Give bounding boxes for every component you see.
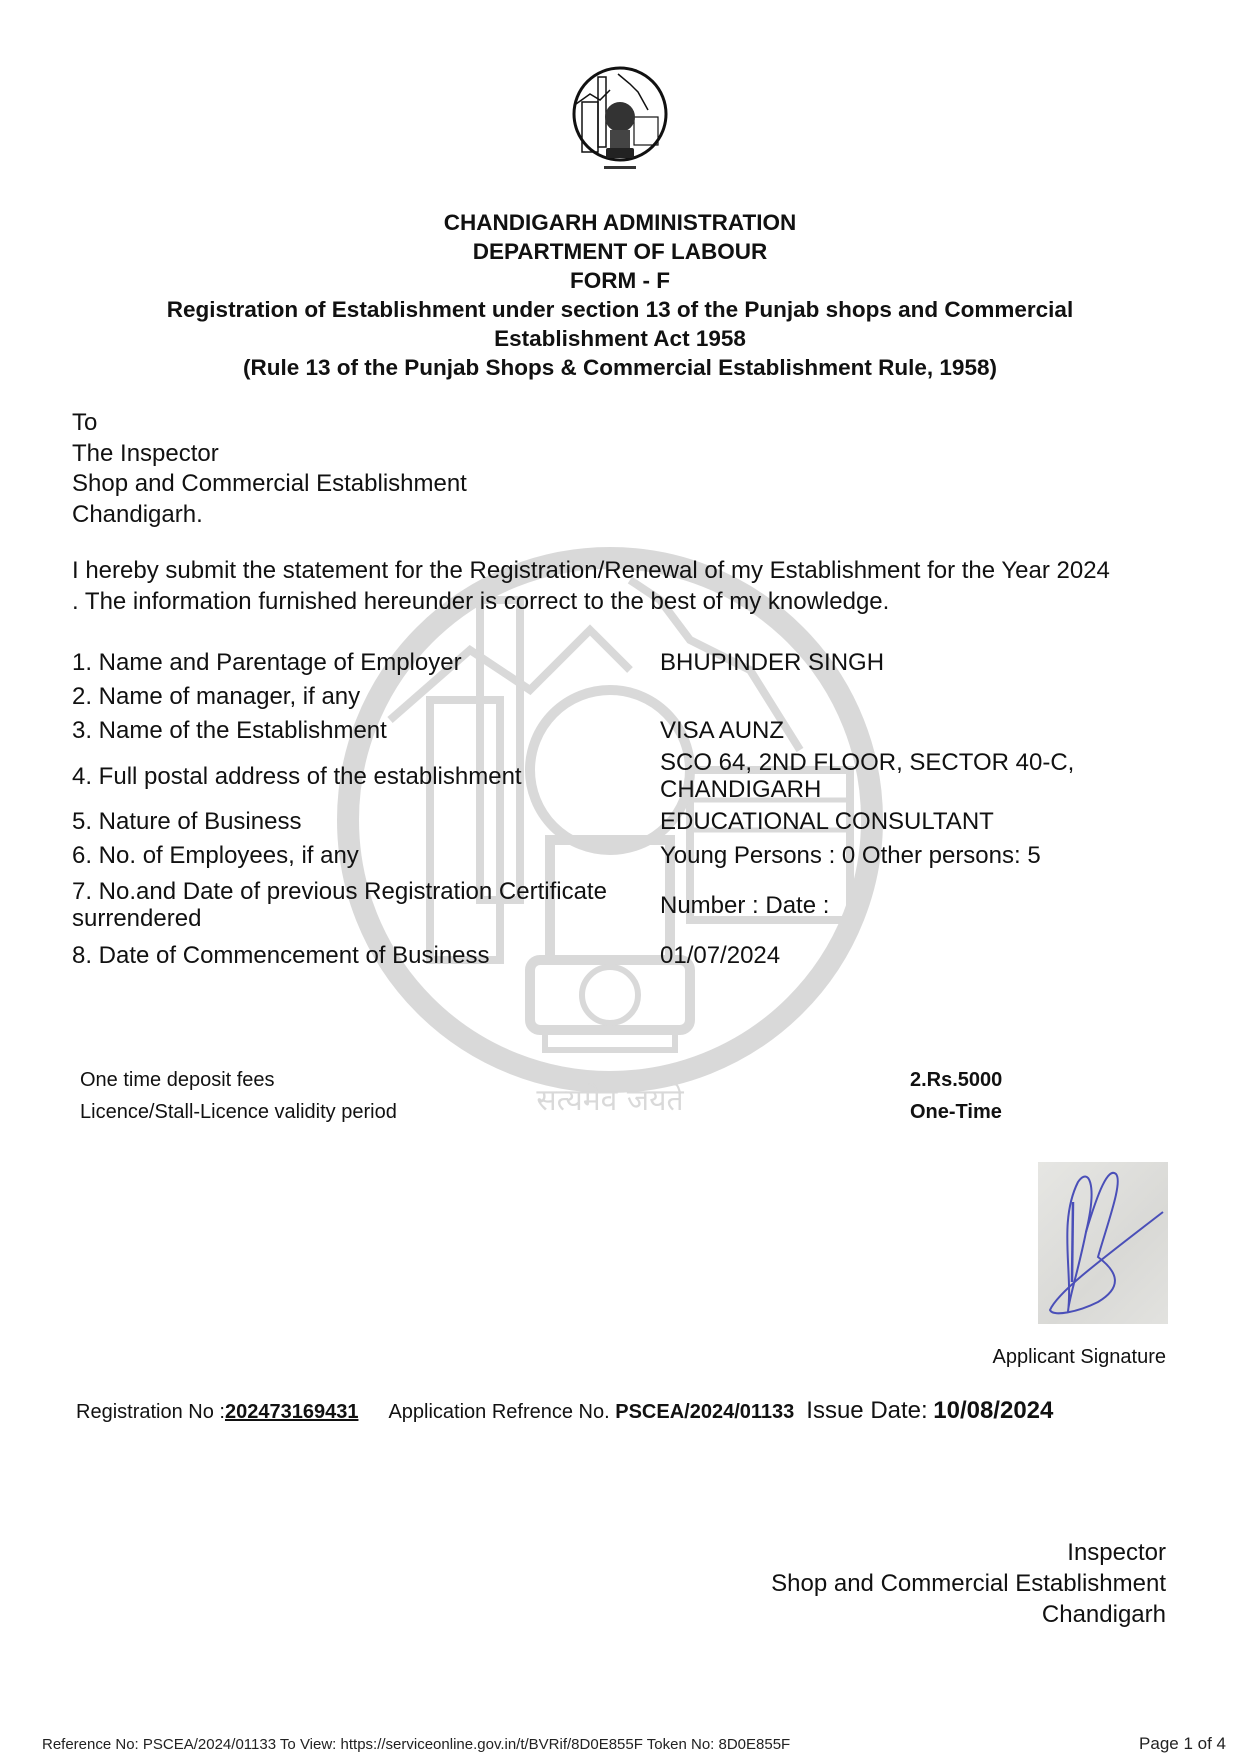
authority-city: Chandigarh	[771, 1599, 1166, 1630]
issuing-authority: Inspector Shop and Commercial Establishm…	[771, 1537, 1166, 1630]
applicant-signature-caption: Applicant Signature	[993, 1346, 1166, 1369]
field-row: 2. Name of manager, if any	[72, 679, 1132, 713]
fee-value-validity: One-Time	[910, 1096, 1020, 1128]
footer-reference: Reference No: PSCEA/2024/01133 To View: …	[42, 1736, 790, 1753]
field-row: 7. No.and Date of previous Registration …	[72, 872, 1132, 938]
field-label-commencement-date: 8. Date of Commencement of Business	[72, 942, 660, 969]
signature-icon	[1038, 1162, 1168, 1324]
registration-number-label: Registration No :	[76, 1401, 225, 1424]
page-indicator: Page 1 of 4	[1139, 1734, 1226, 1754]
recipient-title: The Inspector	[72, 439, 467, 470]
authority-title: Inspector	[771, 1537, 1166, 1568]
field-row: 3. Name of the Establishment VISA AUNZ	[72, 713, 1132, 748]
field-label-establishment-name: 3. Name of the Establishment	[72, 717, 660, 744]
recipient-city: Chandigarh.	[72, 500, 467, 531]
field-label-previous-certificate: 7. No.and Date of previous Registration …	[72, 878, 660, 932]
field-value-commencement-date: 01/07/2024	[660, 942, 1132, 969]
field-label-employer: 1. Name and Parentage of Employer	[72, 649, 660, 676]
field-label-nature-of-business: 5. Nature of Business	[72, 808, 660, 835]
field-row: 1. Name and Parentage of Employer BHUPIN…	[72, 645, 1132, 679]
field-value-previous-certificate: Number : Date :	[660, 892, 1132, 919]
registration-details: Registration No : 202473169431 Applicati…	[76, 1397, 1053, 1425]
application-reference-number: PSCEA/2024/01133	[615, 1401, 794, 1424]
field-label-employees: 6. No. of Employees, if any	[72, 842, 660, 869]
fee-label-validity: Licence/Stall-Licence validity period	[80, 1096, 397, 1128]
field-value-employer: BHUPINDER SINGH	[660, 649, 1132, 676]
application-reference-label: Application Refrence No.	[388, 1401, 609, 1424]
header-form-title: FORM - F	[0, 266, 1240, 295]
recipient-to: To	[72, 408, 467, 439]
issue-date: 10/08/2024	[933, 1397, 1053, 1425]
declaration-statement: I hereby submit the statement for the Re…	[72, 556, 1112, 617]
field-row: 5. Nature of Business EDUCATIONAL CONSUL…	[72, 804, 1132, 838]
field-row: 8. Date of Commencement of Business 01/0…	[72, 938, 1132, 972]
registration-number: 202473169431	[225, 1401, 358, 1424]
fee-value-deposit: 2.Rs.5000	[910, 1064, 1020, 1096]
issue-date-label: Issue Date:	[806, 1397, 927, 1425]
field-label-postal-address: 4. Full postal address of the establishm…	[72, 763, 660, 790]
establishment-details: 1. Name and Parentage of Employer BHUPIN…	[72, 645, 1132, 972]
recipient-address: To The Inspector Shop and Commercial Est…	[72, 408, 467, 530]
field-value-nature-of-business: EDUCATIONAL CONSULTANT	[660, 808, 1132, 835]
document-header: CHANDIGARH ADMINISTRATION DEPARTMENT OF …	[0, 208, 1240, 382]
fee-row: One time deposit fees 2.Rs.5000	[80, 1064, 1020, 1096]
applicant-signature-image	[1038, 1162, 1168, 1324]
field-value-employees: Young Persons : 0 Other persons: 5	[660, 842, 1132, 869]
field-label-manager: 2. Name of manager, if any	[72, 683, 660, 710]
fee-label-deposit: One time deposit fees	[80, 1064, 275, 1096]
header-registration-title: Registration of Establishment under sect…	[0, 295, 1240, 353]
fee-row: Licence/Stall-Licence validity period On…	[80, 1096, 1020, 1128]
header-administration: CHANDIGARH ADMINISTRATION	[0, 208, 1240, 237]
header-rule: (Rule 13 of the Punjab Shops & Commercia…	[0, 353, 1240, 382]
fees-section: One time deposit fees 2.Rs.5000 Licence/…	[80, 1064, 1020, 1128]
authority-office: Shop and Commercial Establishment	[771, 1568, 1166, 1599]
header-department: DEPARTMENT OF LABOUR	[0, 237, 1240, 266]
field-row: 6. No. of Employees, if any Young Person…	[72, 838, 1132, 872]
chandigarh-emblem-icon	[560, 62, 680, 182]
recipient-office: Shop and Commercial Establishment	[72, 469, 467, 500]
field-value-establishment-name: VISA AUNZ	[660, 717, 1132, 744]
field-row: 4. Full postal address of the establishm…	[72, 748, 1132, 804]
field-value-postal-address: SCO 64, 2ND FLOOR, SECTOR 40-C, CHANDIGA…	[660, 749, 1132, 803]
